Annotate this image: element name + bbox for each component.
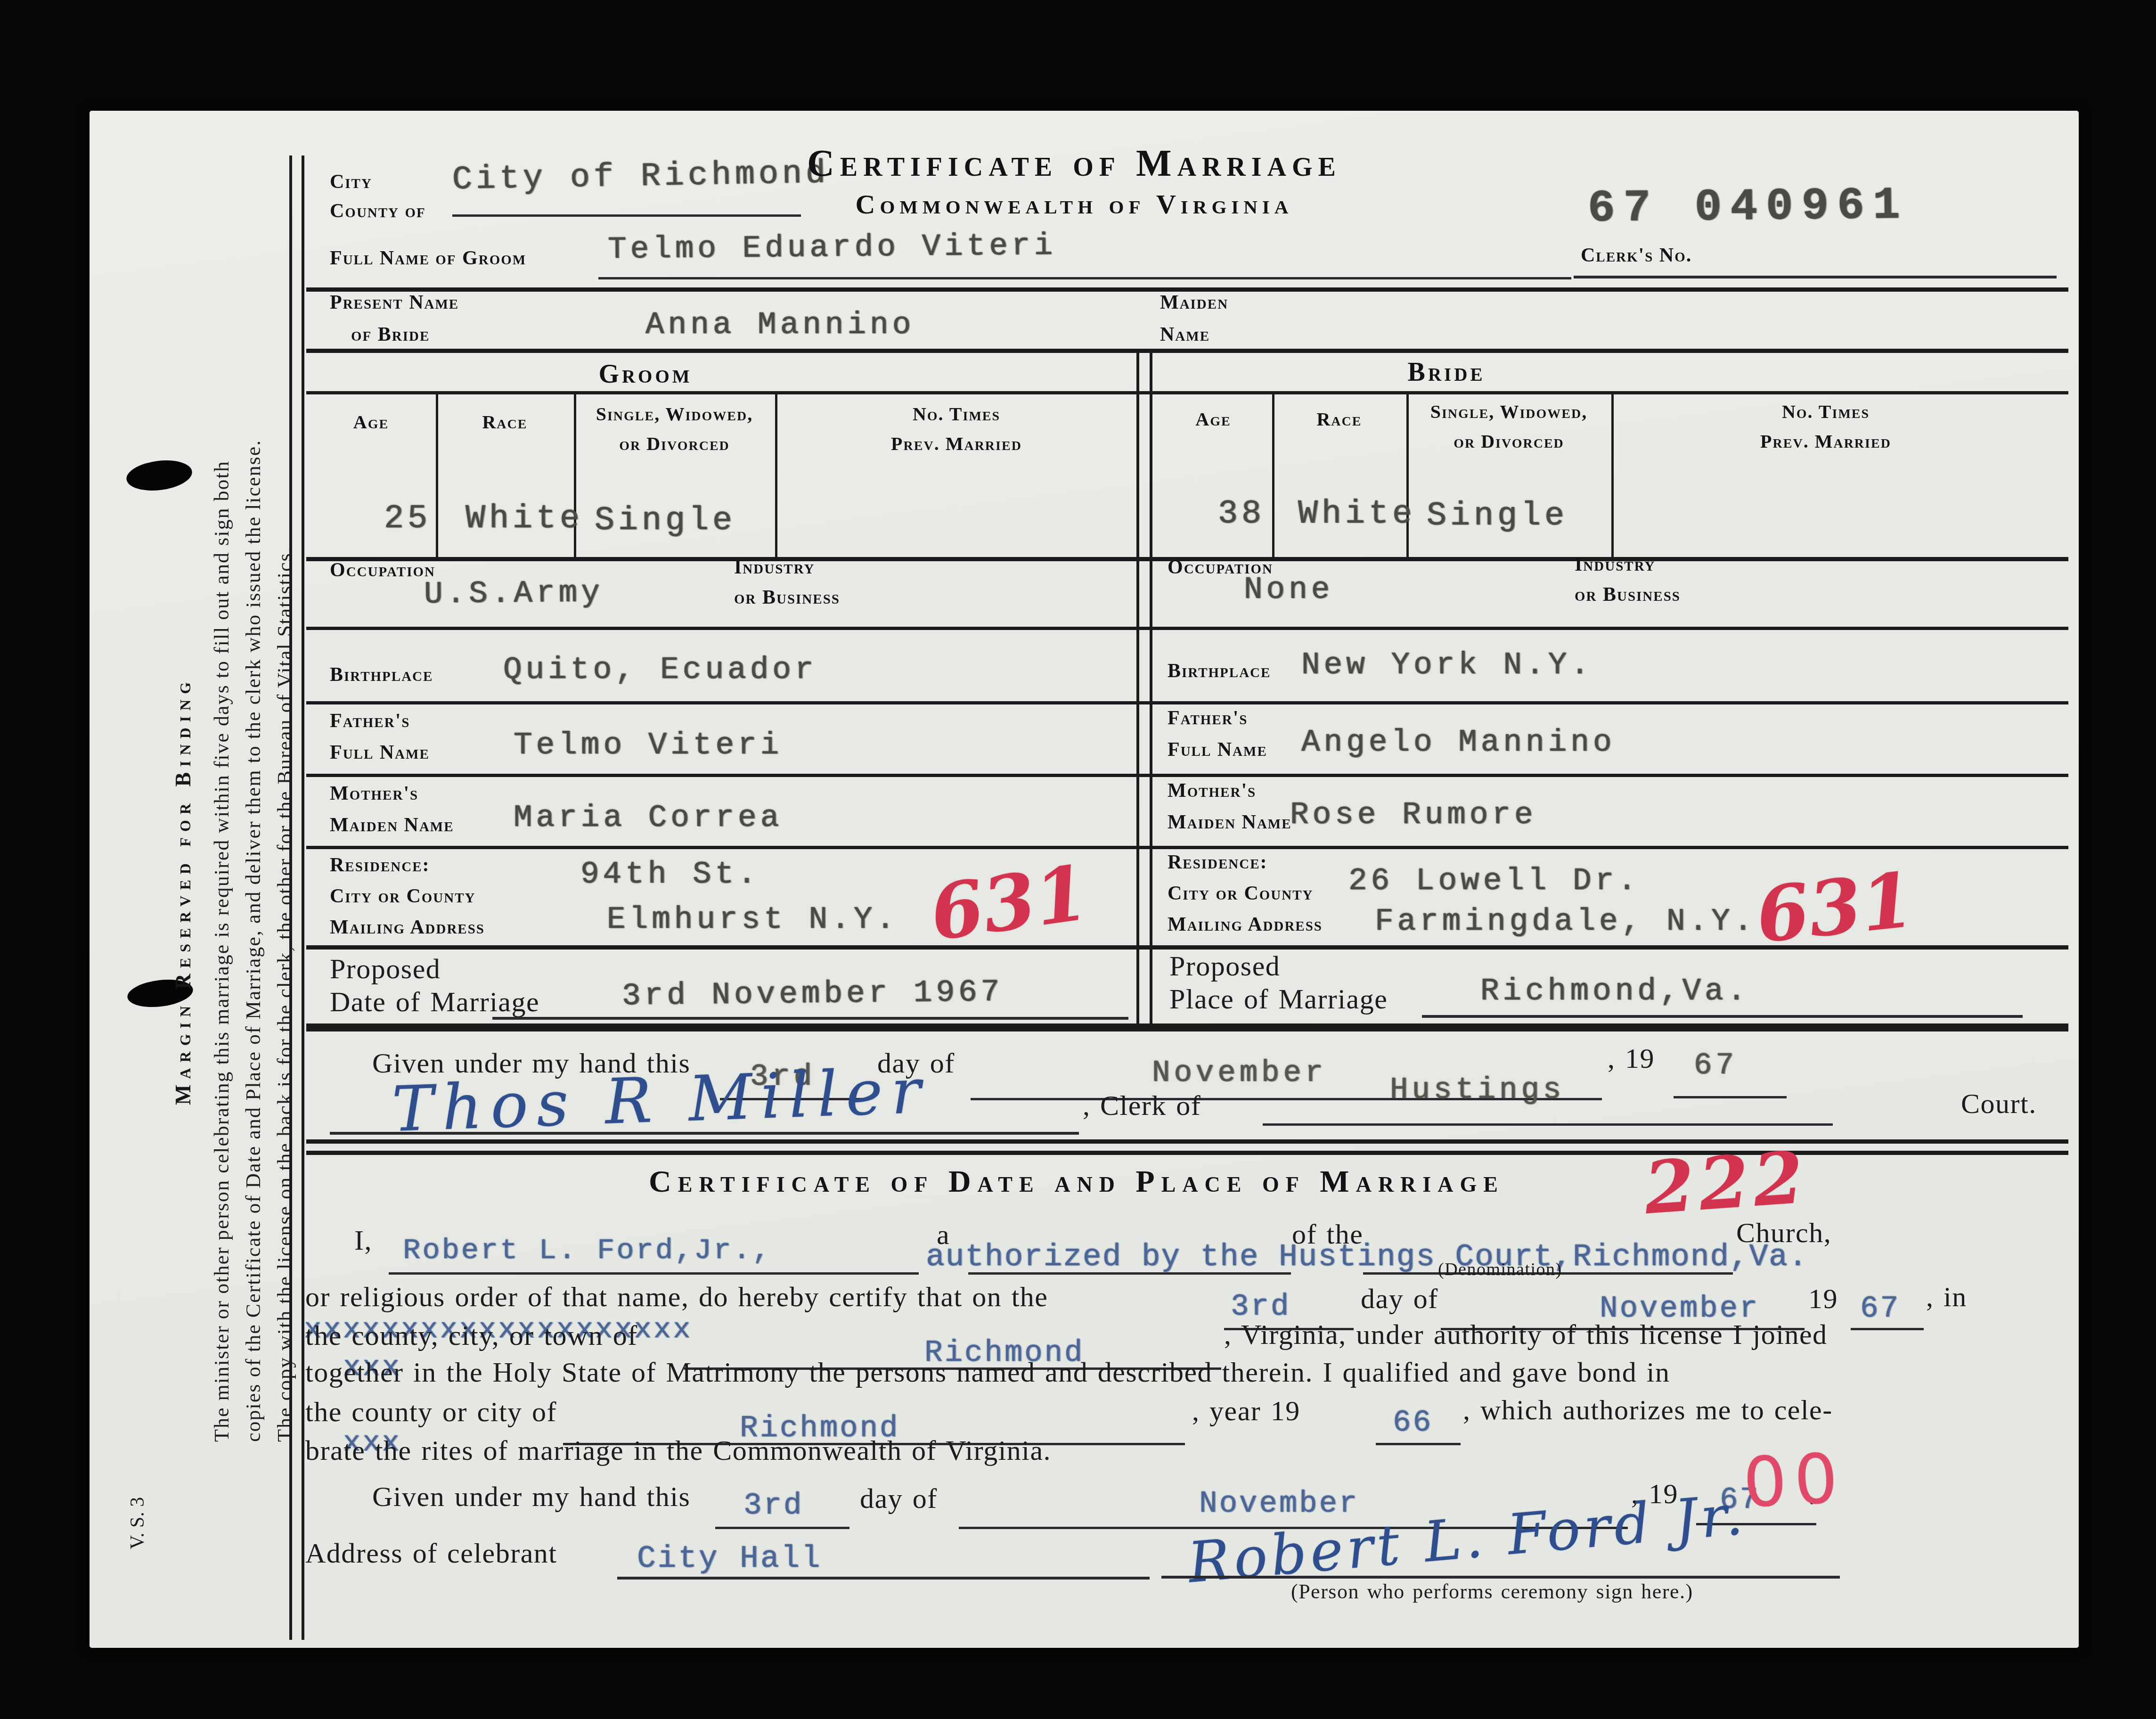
red-handwritten-00: 00 [1741,1438,1847,1523]
present-name-label: Present Name [330,291,459,314]
year-19-text: , year 19 [1192,1395,1300,1427]
bond-year-typed: 66 [1393,1406,1433,1440]
attest-year-value: 67 [1694,1049,1738,1083]
age-column-header: Age [1154,408,1272,430]
divider [289,156,292,1640]
industry-label: or Business [1575,583,1681,606]
date-of-marriage-label: Date of Marriage [330,986,539,1018]
court-text: Court. [1961,1088,2037,1120]
divider [1161,1576,1840,1579]
county-city-town-text: the county, city, or town of [305,1319,638,1352]
bride-occupation-value: None [1244,572,1333,607]
address-of-celebrant-label: Address of celebrant [305,1537,557,1570]
full-name-label: Full Name [330,741,430,764]
times-married-column-header: No. Times [1611,401,2040,423]
divider [306,945,2068,950]
full-name-of-groom-label: Full Name of Groom [330,247,526,270]
groom-occupation-value: U.S.Army [424,575,604,612]
divider [598,277,1571,279]
divider [492,1017,1128,1020]
groom-name-value: Telmo Eduardo Viteri [608,228,1057,267]
scanned-marriage-certificate: Margin Reserved for Binding The minister… [0,0,2156,1719]
divider [1376,1443,1461,1445]
groom-father-value: Telmo Viteri [514,728,783,763]
bride-birthplace-value: New York N.Y. [1301,647,1593,683]
certificate-date-place-heading: Certificate of Date and Place of Marriag… [558,1164,1595,1200]
bride-name-value: Anna Mannino [645,307,915,343]
bride-race-value: White [1298,496,1416,533]
marital-column-header: or Divorced [1406,430,1611,452]
maiden-name-label: Maiden Name [330,814,454,836]
certify-text: or religious order of that name, do here… [305,1281,1048,1313]
bride-marital-value: Single [1427,498,1568,535]
red-handwritten-222: 222 [1641,1135,1811,1230]
divider [617,1577,1150,1580]
fathers-label: Father's [330,710,410,732]
divider [306,391,2068,394]
groom-birthplace-value: Quito, Ecuador [503,652,817,688]
residence-label: Residence: [1168,851,1268,874]
times-married-column-header: No. Times [775,403,1138,425]
groom-residence-street: 94th St. [580,857,760,892]
times-married-column-header: Prev. Married [1611,430,2040,452]
city-label: City [330,171,372,193]
residence-label: Residence: [330,854,430,876]
full-name-label: Full Name [1168,738,1267,761]
divider [1150,351,1152,1027]
year-19-text: , 19 [1608,1042,1655,1075]
sign-here-caption: (Person who performs ceremony sign here.… [1291,1580,1693,1604]
county-of-label: County of [330,200,426,222]
in-text: , in [1926,1281,1967,1313]
race-column-header: Race [1272,408,1406,430]
divider [1674,1096,1787,1098]
groom-mother-value: Maria Correa [514,800,783,835]
divider [306,349,2068,353]
mothers-label: Mother's [1168,779,1256,802]
divider [306,774,2068,777]
rites-text: brate the rites of marriage in the Commo… [305,1434,1051,1467]
celebrant-month-typed: November [1199,1487,1359,1521]
mailing-address-label: Mailing Address [330,916,485,939]
bride-residence-street: 26 Lowell Dr. [1348,863,1640,899]
divider [306,846,2068,849]
nineteen-text: 19 [1808,1283,1838,1315]
proposed-label: Proposed [330,953,441,985]
city-or-county-label: City or County [330,885,475,908]
fathers-label: Father's [1168,707,1248,729]
day-of-text: day of [860,1482,938,1515]
maiden-name-label: Maiden Name [1168,811,1292,834]
bride-mother-value: Rose Rumore [1290,797,1537,833]
groom-section-heading: Groom [306,359,985,389]
groom-race-value: White [465,500,583,538]
divider [1263,1123,1833,1126]
clerk-of-text: , Clerk of [1083,1089,1201,1122]
clerk-number-stamp: 67 040961 [1587,180,1909,234]
margin-instructions: The minister or other person celebrating… [206,158,301,1442]
binding-margin-label: Margin Reserved for Binding [171,610,204,1105]
authorizes-text: , which authorizes me to cele- [1463,1394,1833,1426]
day-of-text: day of [1361,1283,1438,1315]
of-the-text: of the [1292,1218,1363,1251]
divider [715,1527,849,1529]
divider [389,1272,919,1275]
maiden-label: Maiden [1160,291,1228,314]
birthplace-label: Birthplace [330,663,433,686]
red-handwritten-631: 631 [1752,855,1918,960]
birthplace-label: Birthplace [1168,660,1271,682]
age-column-header: Age [306,411,436,433]
certificate-subtitle: Commonwealth of Virginia [556,188,1592,220]
authority-typed: authorized by the Hustings Court,Richmon… [926,1239,1808,1275]
form-number: V. S. 3 [126,1465,155,1549]
ceremony-year-typed: 67 [1860,1292,1900,1326]
margin-instruction-line: copies of the Certificate of Date and Pl… [238,158,269,1442]
clerk-no-label: Clerk's No. [1581,244,1692,267]
county-or-city-text: the county or city of [305,1396,557,1428]
groom-residence-city: Elmhurst N.Y. [607,902,898,937]
divider [1422,1015,2023,1018]
given-under-hand-text: Given under my hand this [372,1481,690,1513]
times-married-column-header: Prev. Married [775,433,1138,455]
divider [1851,1328,1924,1330]
divider [302,156,304,1640]
city-or-county-label: City or County [1168,882,1313,905]
bride-age-value: 38 [1218,496,1265,533]
bride-father-value: Angelo Mannino [1301,725,1616,760]
divider [306,627,2068,630]
mothers-label: Mother's [330,782,418,805]
attest-month-value: November [1152,1056,1327,1090]
divider [330,1132,1079,1135]
margin-instruction-line: The copy with the license on the back is… [269,158,301,1442]
church-text: Church, [1736,1217,1831,1249]
groom-marital-value: Single [595,502,736,540]
court-name-value: Hustings [1390,1073,1565,1107]
bride-section-heading: Bride [1154,357,1739,387]
divider [1574,276,2057,278]
of-bride-label: of Bride [351,323,430,346]
groom-age-value: 25 [384,500,431,538]
celebrant-day-typed: 3rd [743,1489,803,1523]
maiden-name-label: Name [1160,323,1210,346]
celebrant-address-typed: City Hall [637,1541,822,1576]
bride-residence-city: Farmingdale, N.Y. [1375,904,1756,939]
virginia-authority-text: , Virginia, under authority of this lice… [1224,1318,1828,1351]
industry-label: Industry [734,556,815,579]
marital-column-header: or Divorced [574,433,775,455]
divider [306,1023,2068,1031]
marital-column-header: Single, Widowed, [1406,401,1611,423]
proposed-label: Proposed [1169,950,1280,982]
matrimony-text: together in the Holy State of Matrimony … [305,1356,1670,1389]
denomination-caption: (Denomination) [1438,1259,1562,1280]
industry-label: or Business [734,586,840,609]
proposed-date-value: 3rd November 1967 [622,974,1004,1014]
marital-column-header: Single, Widowed, [574,403,775,425]
i-text: I, [354,1224,372,1257]
celebrant-name-typed: Robert L. Ford,Jr., [403,1234,772,1267]
race-column-header: Race [436,411,574,433]
certificate-title: Certificate of Marriage [556,142,1592,185]
proposed-place-value: Richmond,Va. [1480,974,1749,1009]
mailing-address-label: Mailing Address [1168,913,1323,936]
occupation-label: Occupation [330,559,435,581]
margin-instruction-line: The minister or other person celebrating… [206,158,238,1442]
place-of-marriage-label: Place of Marriage [1169,983,1388,1015]
divider [306,701,2068,704]
industry-label: Industry [1575,553,1656,576]
